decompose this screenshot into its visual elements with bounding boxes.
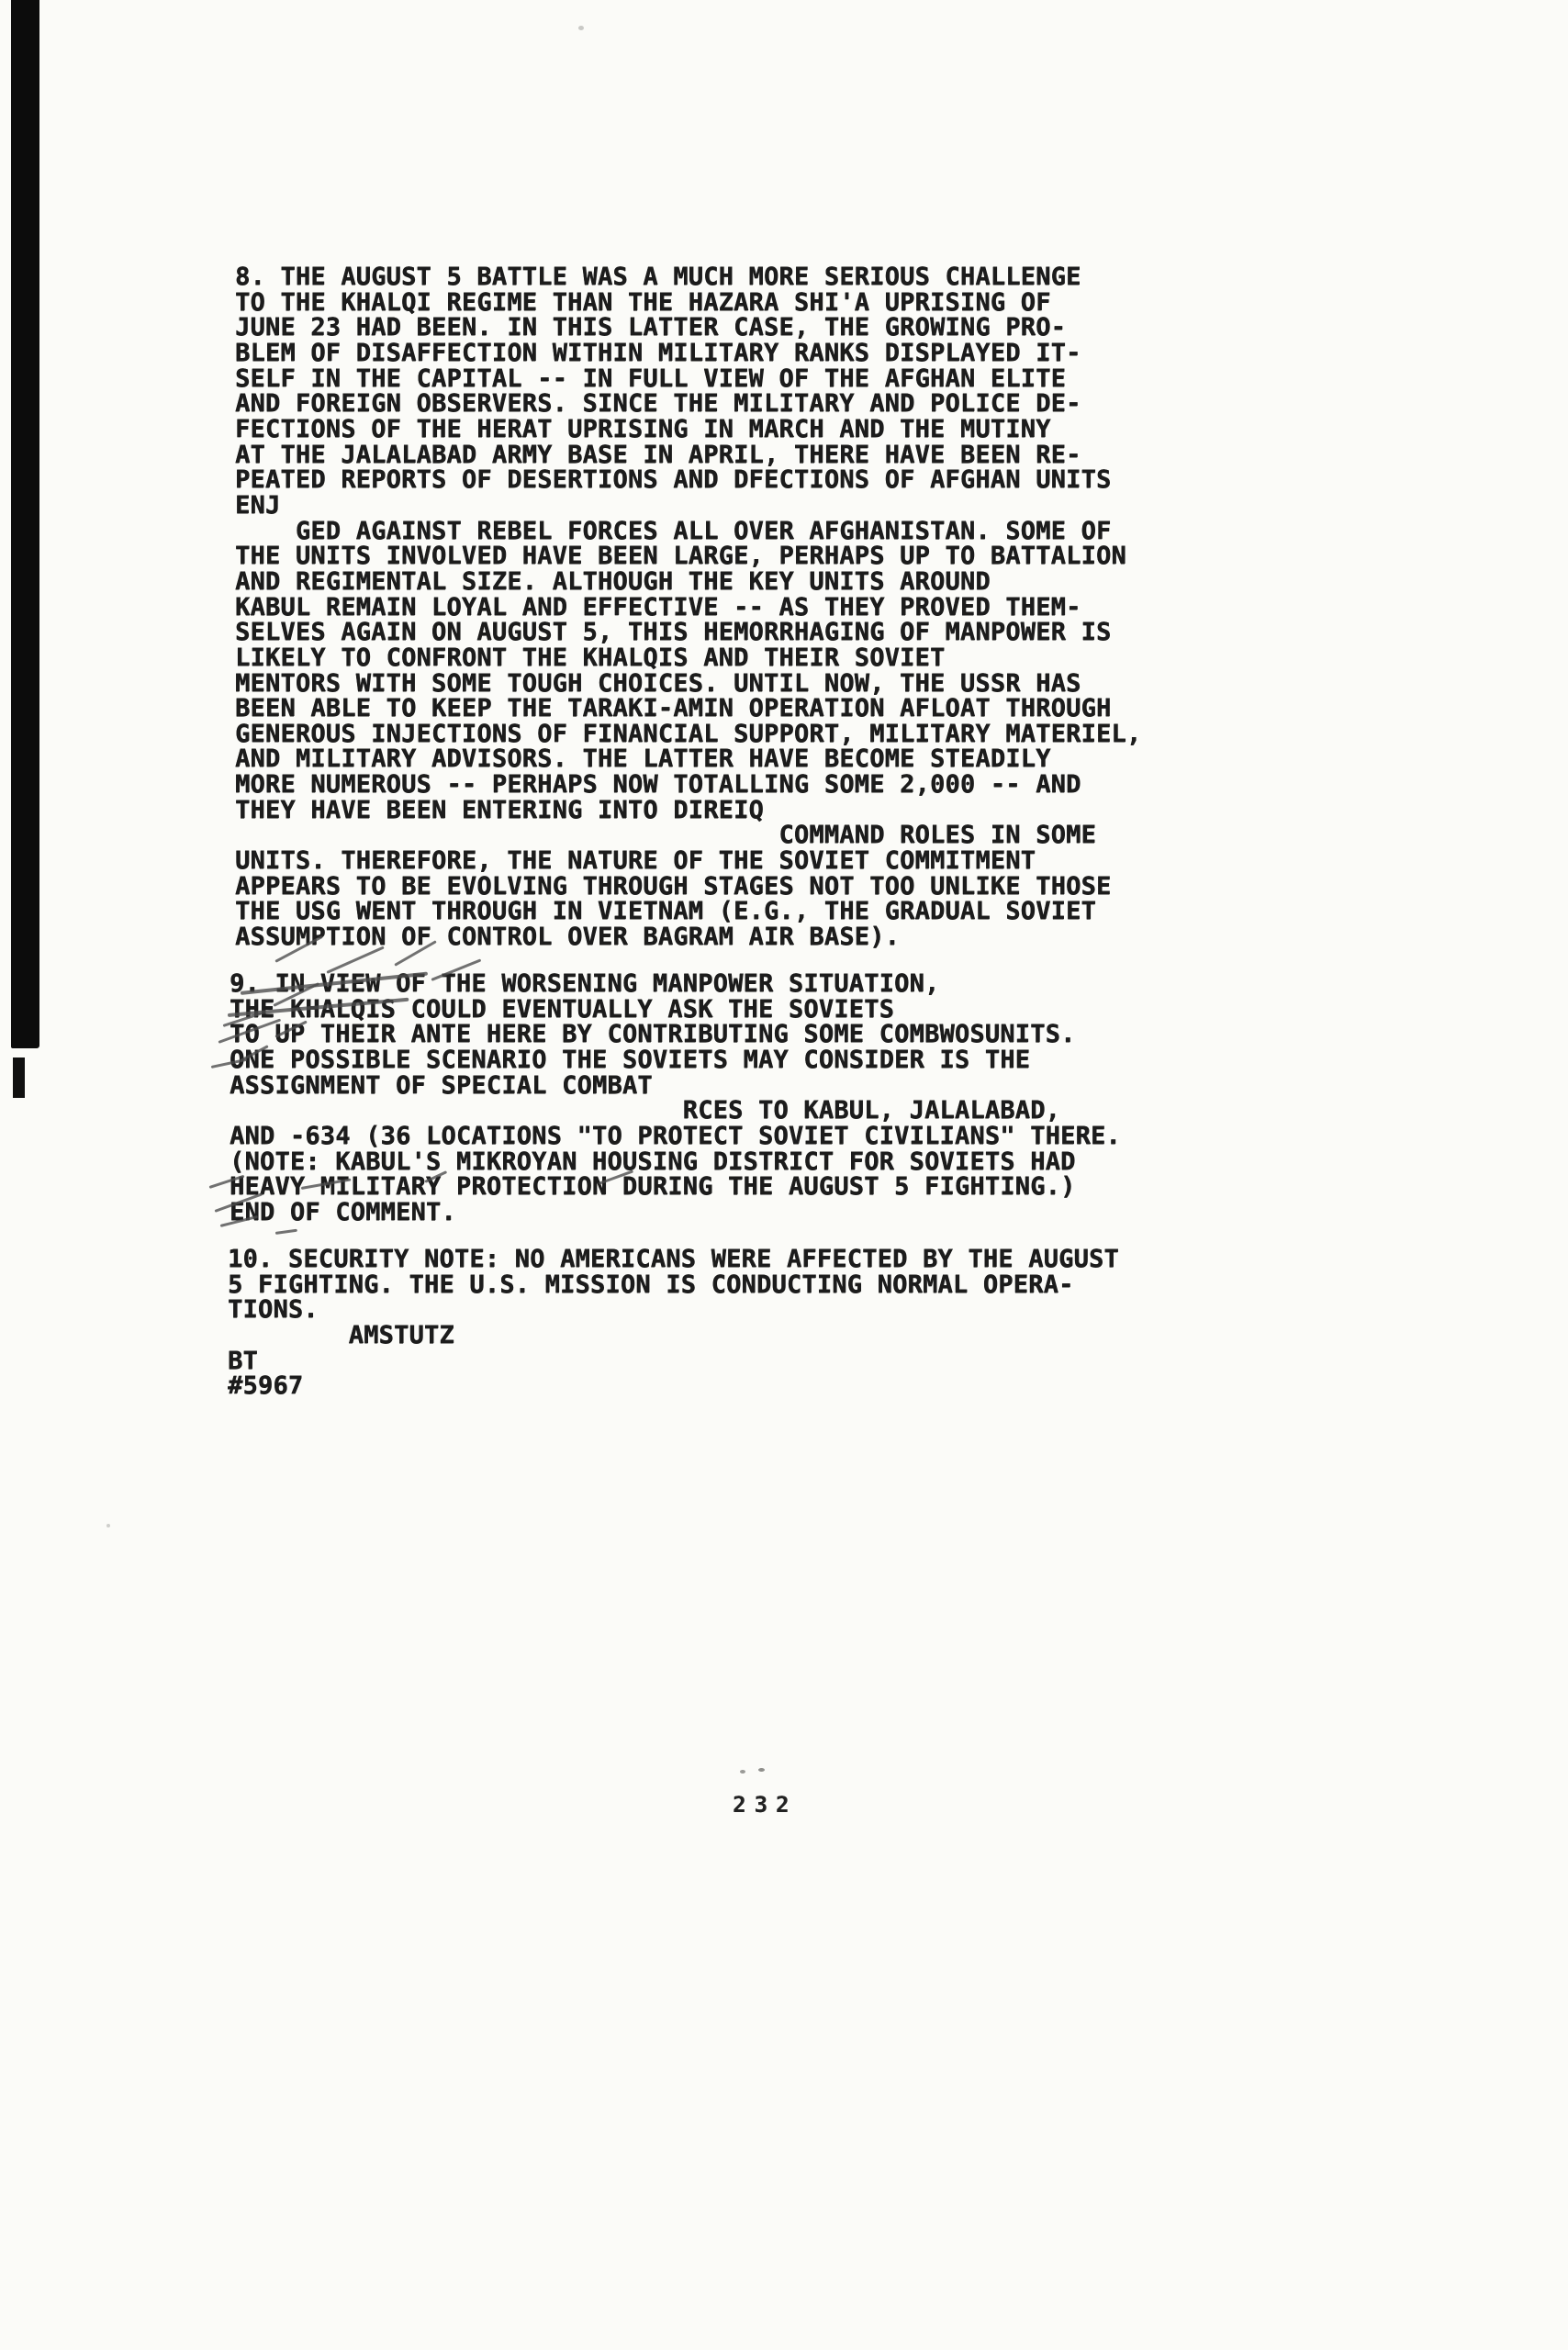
speck <box>740 1770 745 1774</box>
scan-edge-bar <box>11 0 39 1048</box>
speck <box>578 26 584 30</box>
speck <box>106 1524 110 1527</box>
paragraph-9-text: 9. IN VIEW OF THE WORSENING MANPOWER SIT… <box>230 971 1121 1225</box>
paragraph-8-text: 8. THE AUGUST 5 BATTLE WAS A MUCH MORE S… <box>235 264 1141 950</box>
pencil-stroke <box>275 1229 297 1235</box>
speck <box>758 1768 765 1772</box>
page-number: 232 <box>733 1792 797 1818</box>
scan-edge-bar-tail <box>13 1057 25 1098</box>
scanned-telegram-page: { "document": { "para8_lines": [ "8. THE… <box>0 0 1568 2350</box>
paragraph-10-signature-text: 10. SECURITY NOTE: NO AMERICANS WERE AFF… <box>228 1247 1119 1399</box>
